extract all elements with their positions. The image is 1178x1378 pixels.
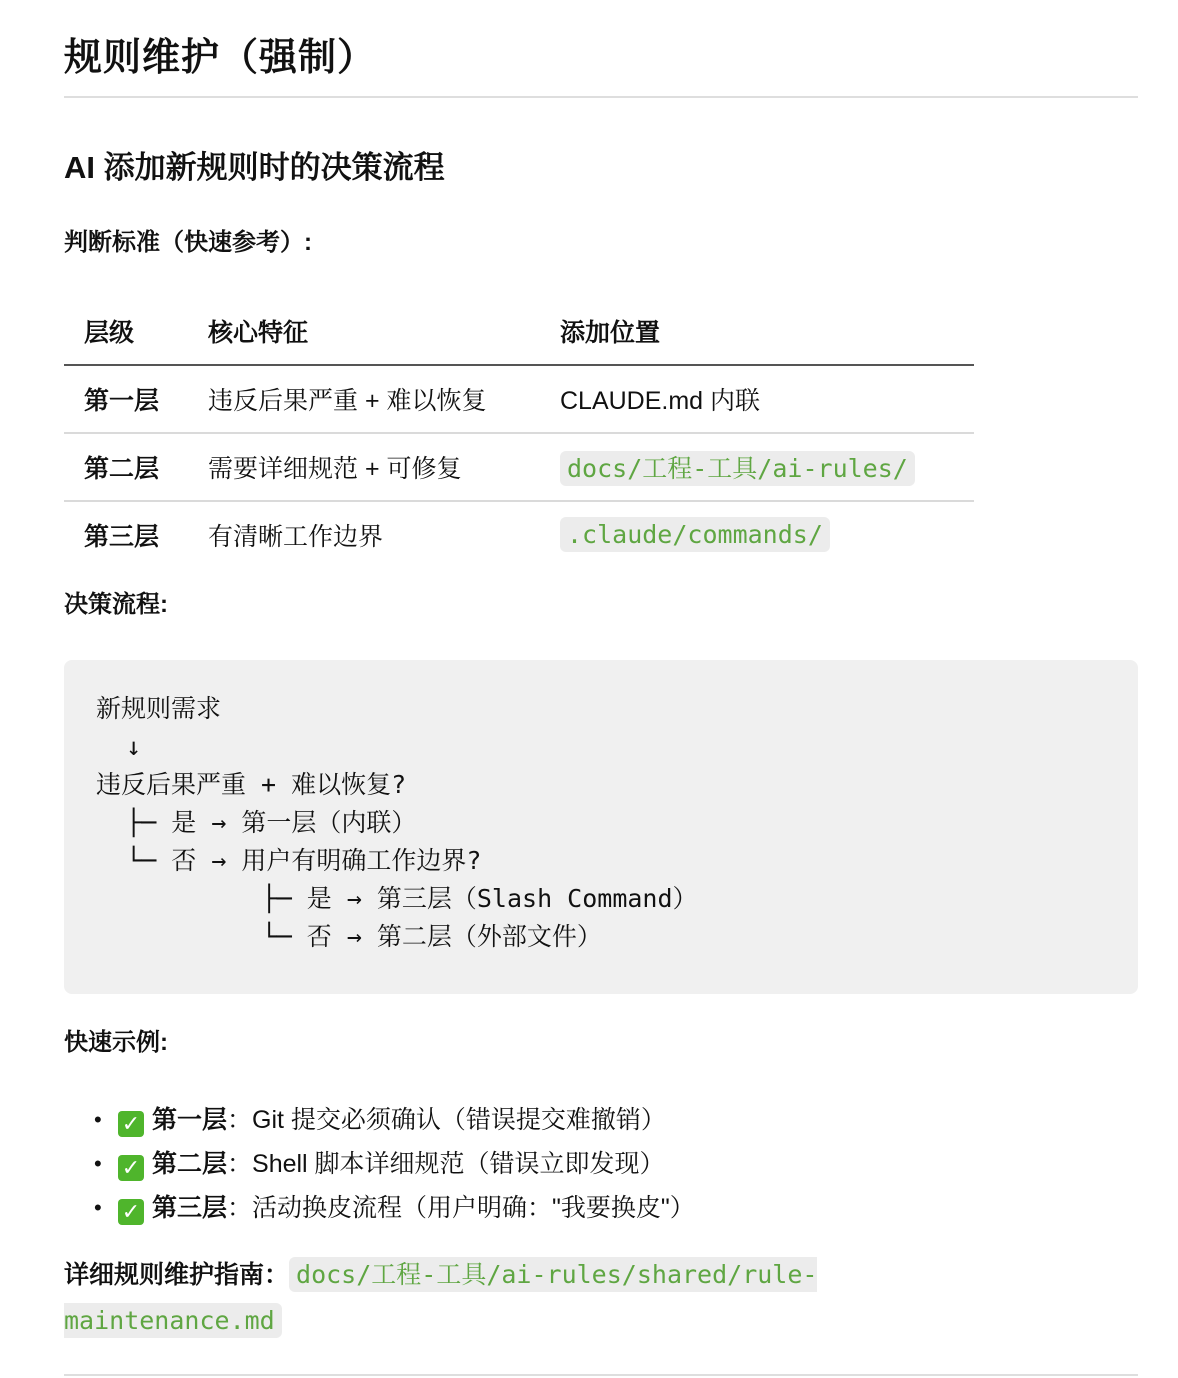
examples-label: 快速示例: [64,1026,168,1060]
check-mark-icon: ✓ [118,1199,144,1225]
row-location: CLAUDE.md 内联 [540,365,974,433]
list-item: •✓第一层：Git 提交必须确认（错误提交难撤销） [118,1098,695,1142]
example-text: ：Git 提交必须确认（错误提交难撤销） [227,1106,666,1134]
examples-list: •✓第一层：Git 提交必须确认（错误提交难撤销） •✓第二层：Shell 脚本… [64,1098,695,1230]
bottom-divider [64,1374,1138,1376]
row-feature: 需要详细规范 + 可修复 [188,433,540,501]
section-heading: AI 添加新规则时的决策流程 [64,144,445,192]
example-text: ：Shell 脚本详细规范（错误立即发现） [227,1150,665,1178]
location-code: docs/工程-工具/ai-rules/ [560,451,915,486]
flow-label: 决策流程: [64,588,168,622]
row-level: 第三层 [64,501,188,568]
list-item: •✓第二层：Shell 脚本详细规范（错误立即发现） [118,1142,695,1186]
header-feature: 核心特征 [188,298,540,365]
guide-paragraph: 详细规则维护指南：docs/工程-工具/ai-rules/shared/rule… [64,1252,914,1344]
table-row: 第三层 有清晰工作边界 .claude/commands/ [64,501,974,568]
header-level: 层级 [64,298,188,365]
guide-label: 详细规则维护指南： [64,1261,289,1289]
example-text: ：活动换皮流程（用户明确："我要换皮"） [227,1194,695,1222]
row-level: 第二层 [64,433,188,501]
location-code: .claude/commands/ [560,517,830,552]
header-location: 添加位置 [540,298,974,365]
row-location: docs/工程-工具/ai-rules/ [540,433,974,501]
criteria-table: 层级 核心特征 添加位置 第一层 违反后果严重 + 难以恢复 CLAUDE.md… [64,298,974,568]
bullet-icon: • [94,1142,102,1186]
check-mark-icon: ✓ [118,1155,144,1181]
example-level: 第二层 [152,1150,227,1178]
row-location: .claude/commands/ [540,501,974,568]
page-title: 规则维护（强制） [64,30,376,86]
table-row: 第二层 需要详细规范 + 可修复 docs/工程-工具/ai-rules/ [64,433,974,501]
check-mark-icon: ✓ [118,1111,144,1137]
criteria-label: 判断标准（快速参考）: [64,226,312,260]
row-level: 第一层 [64,365,188,433]
example-level: 第三层 [152,1194,227,1222]
row-feature: 有清晰工作边界 [188,501,540,568]
bullet-icon: • [94,1098,102,1142]
title-divider [64,96,1138,98]
bullet-icon: • [94,1186,102,1230]
table-row: 第一层 违反后果严重 + 难以恢复 CLAUDE.md 内联 [64,365,974,433]
example-level: 第一层 [152,1106,227,1134]
row-feature: 违反后果严重 + 难以恢复 [188,365,540,433]
decision-flow-code-block: 新规则需求 ↓ 违反后果严重 + 难以恢复? ├─ 是 → 第一层（内联） └─… [64,660,1138,994]
list-item: •✓第三层：活动换皮流程（用户明确："我要换皮"） [118,1186,695,1230]
table-header-row: 层级 核心特征 添加位置 [64,298,974,365]
